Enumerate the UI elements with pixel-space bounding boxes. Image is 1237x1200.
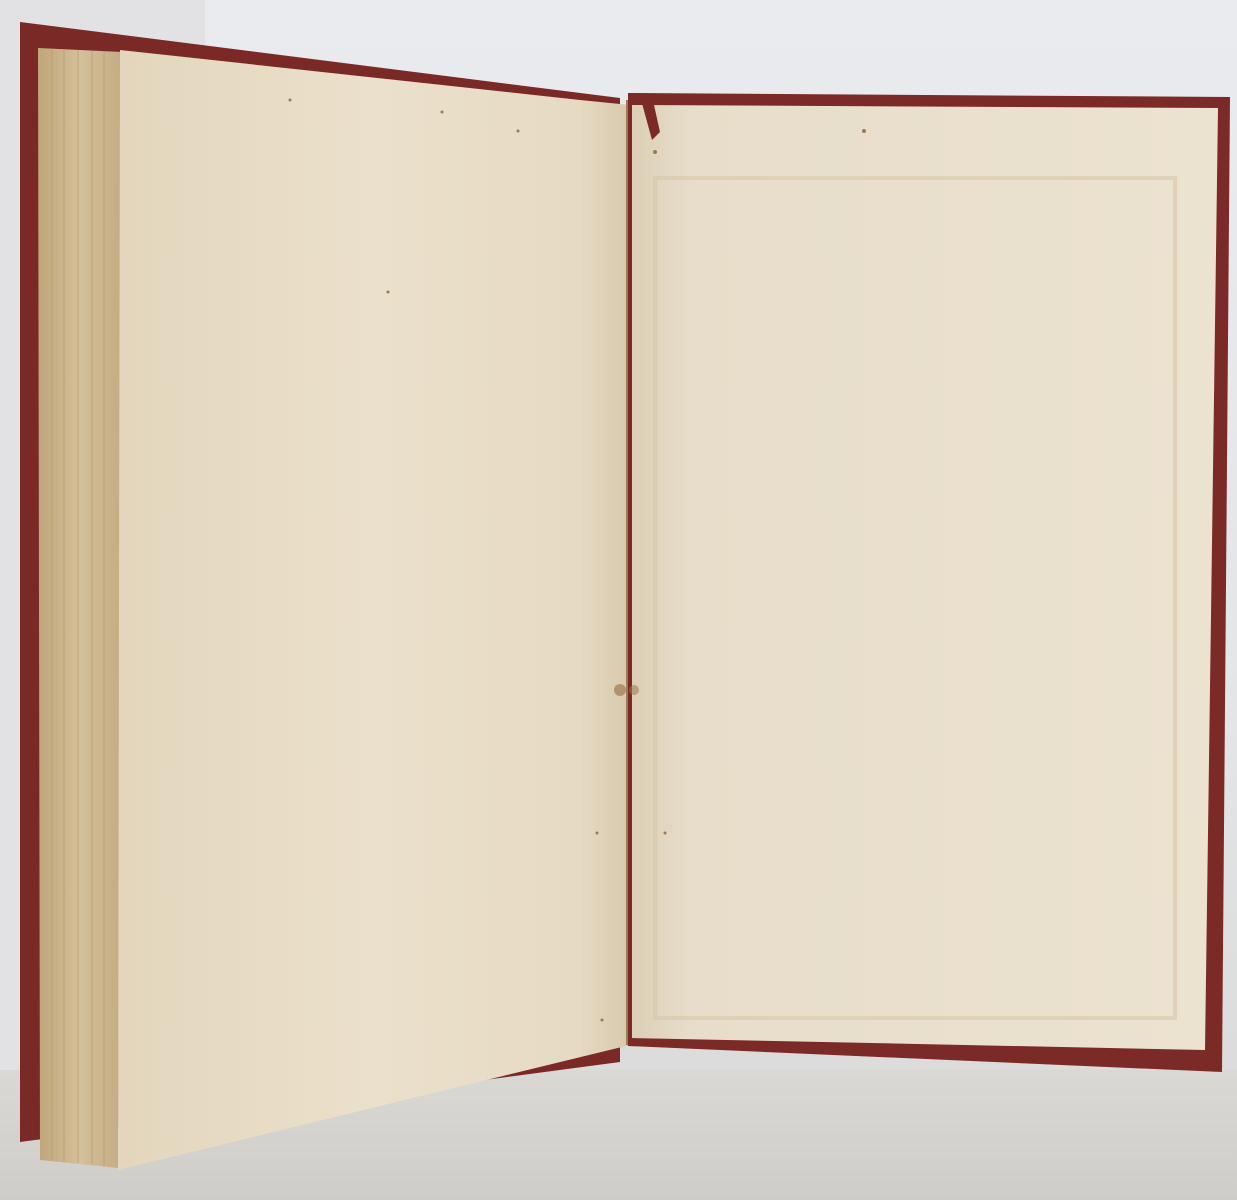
right-pastedown (632, 105, 1218, 1050)
open-book (0, 0, 1237, 1200)
left-page (118, 50, 630, 1170)
page-block-edges (38, 48, 122, 1168)
